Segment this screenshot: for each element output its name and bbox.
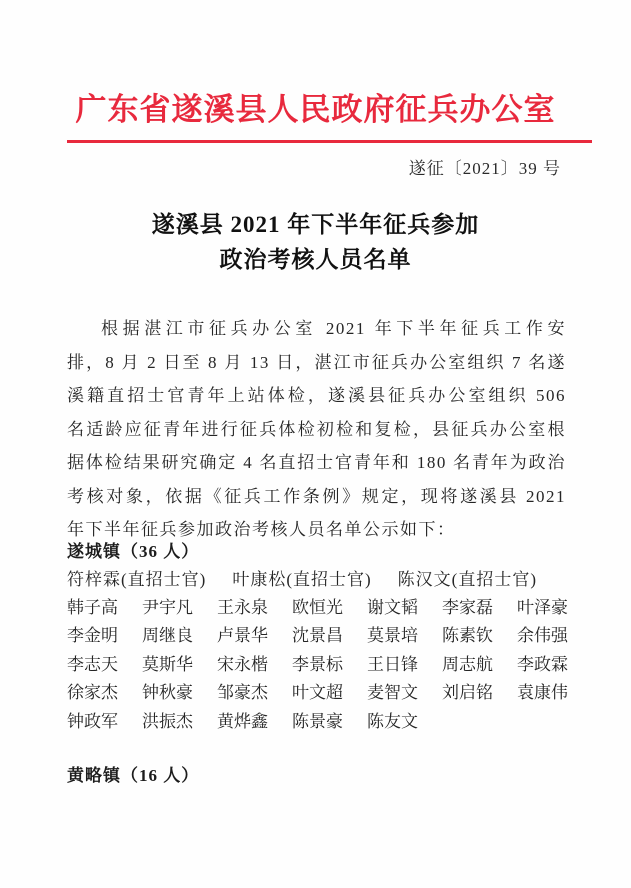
name-row: 李金明周继良卢景华沈景昌莫景培陈素钦余伟强 [67, 620, 572, 648]
name-row-officers: 符梓霖(直招士官)叶康松(直招士官)陈汉文(直招士官) [67, 563, 572, 591]
person-name: 李金明 [67, 621, 118, 646]
person-name: 欧恒光 [292, 593, 343, 618]
document-title-line2: 政治考核人员名单 [0, 242, 631, 277]
name-list-suicheng: 符梓霖(直招士官)叶康松(直招士官)陈汉文(直招士官) 韩子高尹宇凡王永泉欧恒光… [67, 563, 572, 733]
name-row: 韩子高尹宇凡王永泉欧恒光谢文韬李家磊叶泽豪 [67, 591, 572, 619]
person-name: 韩子高 [67, 593, 118, 618]
person-name: 黄烨鑫 [217, 707, 268, 732]
person-name: 尹宇凡 [142, 593, 193, 618]
person-name: 邹豪杰 [217, 678, 268, 703]
person-name: 洪振杰 [142, 707, 193, 732]
person-name: 宋永楷 [217, 650, 268, 675]
person-name: 袁康伟 [517, 678, 568, 703]
person-name: 符梓霖(直招士官) [67, 565, 206, 590]
body-line: 溪籍直招士官青年上站体检，遂溪县征兵办公室组织 506 [67, 379, 566, 413]
person-name: 叶康松(直招士官) [232, 565, 371, 590]
person-name: 王日锋 [367, 650, 418, 675]
red-divider-line [67, 140, 592, 143]
body-line: 排，8 月 2 日至 8 月 13 日，湛江市征兵办公室组织 7 名遂 [67, 346, 566, 380]
name-row: 李志天莫斯华宋永楷李景标王日锋周志航李政霖 [67, 648, 572, 676]
person-name: 沈景昌 [292, 621, 343, 646]
body-line: 考核对象，依据《征兵工作条例》规定，现将遂溪县 2021 [67, 480, 566, 514]
person-name: 陈素钦 [442, 621, 493, 646]
body-paragraph: 根据湛江市征兵办公室 2021 年下半年征兵工作安 排，8 月 2 日至 8 月… [67, 312, 566, 547]
document-page: 广东省遂溪县人民政府征兵办公室 遂征〔2021〕39 号 遂溪县 2021 年下… [0, 0, 631, 888]
person-name: 李政霖 [517, 650, 568, 675]
person-name: 李志天 [67, 650, 118, 675]
person-name: 叶文超 [292, 678, 343, 703]
name-row: 钟政军洪振杰黄烨鑫陈景豪陈友文 [67, 705, 572, 733]
person-name: 钟秋豪 [142, 678, 193, 703]
person-name: 叶泽豪 [517, 593, 568, 618]
person-name: 余伟强 [517, 621, 568, 646]
person-name: 李景标 [292, 650, 343, 675]
person-name: 卢景华 [217, 621, 268, 646]
person-name: 谢文韬 [367, 593, 418, 618]
document-number: 遂征〔2021〕39 号 [409, 154, 561, 179]
document-title-line1: 遂溪县 2021 年下半年征兵参加 [0, 207, 631, 242]
body-line: 据体检结果研究确定 4 名直招士官青年和 180 名青年为政治 [67, 446, 566, 480]
section-heading-huanglue: 黄略镇（16 人） [67, 761, 199, 786]
section-heading-suicheng: 遂城镇（36 人） [67, 537, 199, 562]
person-name: 麦智文 [367, 678, 418, 703]
person-name: 刘启铭 [442, 678, 493, 703]
person-name: 莫斯华 [142, 650, 193, 675]
person-name: 李家磊 [442, 593, 493, 618]
issuing-office-title: 广东省遂溪县人民政府征兵办公室 [0, 84, 631, 129]
person-name: 徐家杰 [67, 678, 118, 703]
body-line: 根据湛江市征兵办公室 2021 年下半年征兵工作安 [67, 312, 566, 346]
person-name: 莫景培 [367, 621, 418, 646]
person-name: 陈友文 [367, 707, 418, 732]
name-row: 徐家杰钟秋豪邹豪杰叶文超麦智文刘启铭袁康伟 [67, 677, 572, 705]
person-name: 周继良 [142, 621, 193, 646]
person-name: 周志航 [442, 650, 493, 675]
document-title: 遂溪县 2021 年下半年征兵参加 政治考核人员名单 [0, 207, 631, 277]
person-name: 陈景豪 [292, 707, 343, 732]
person-name: 王永泉 [217, 593, 268, 618]
person-name: 钟政军 [67, 707, 118, 732]
person-name: 陈汉文(直招士官) [398, 565, 537, 590]
body-line: 名适龄应征青年进行征兵体检初检和复检，县征兵办公室根 [67, 413, 566, 447]
